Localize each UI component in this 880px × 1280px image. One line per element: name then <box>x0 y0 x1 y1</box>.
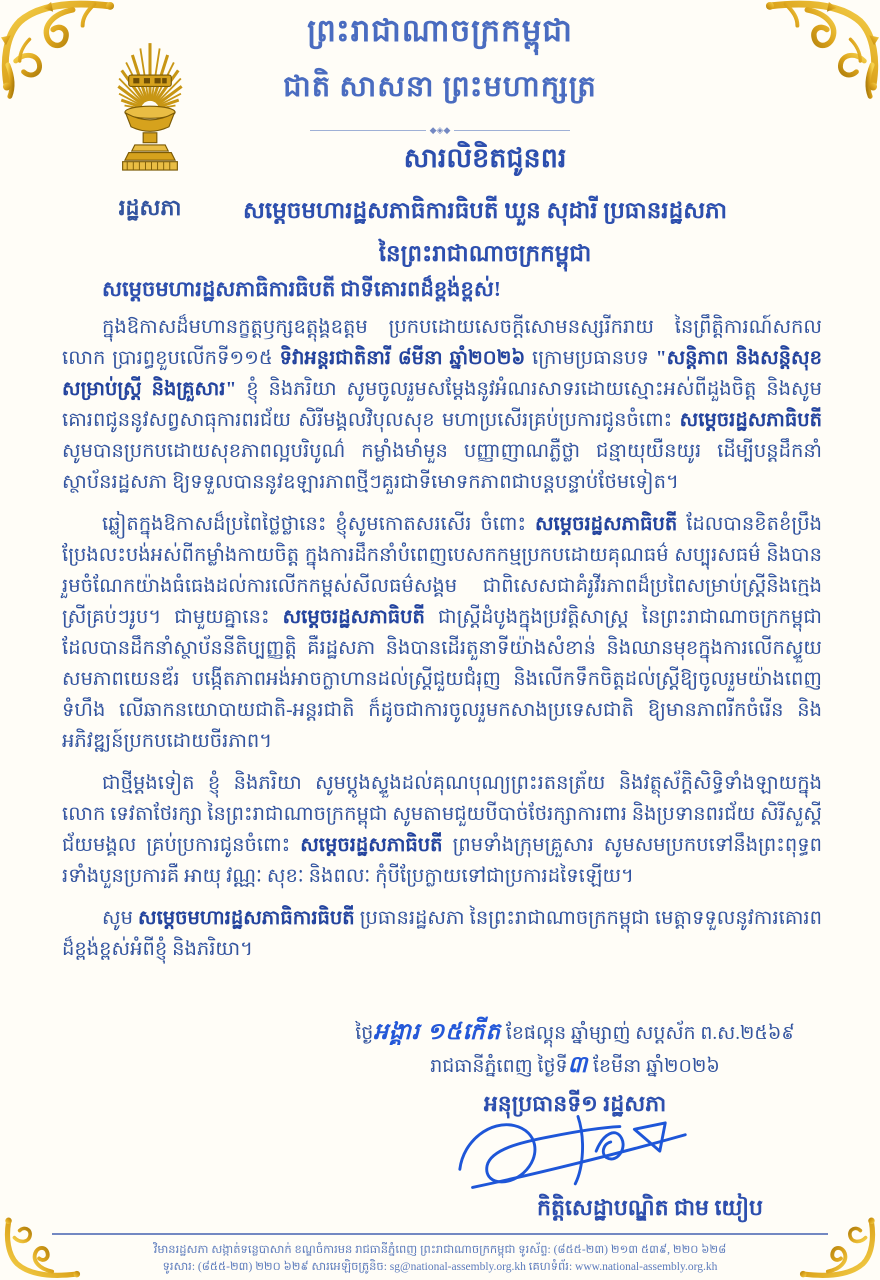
lunar-date-rest: ខែផល្គុន ឆ្នាំម្សាញ់ សប្តស័ក ព.ស.២៥៦៩ <box>501 1023 795 1044</box>
signature-icon <box>428 1102 728 1202</box>
salutation: សម្ដេចមហារដ្ឋសភាធិការធិបតី ជាទីគោរពដ៏ខ្ព… <box>62 274 822 305</box>
paragraph: សូម សម្ដេចមហារដ្ឋសភាធិការធិបតី ប្រធានរដ្… <box>62 903 822 965</box>
date-prefix: ថ្ងៃ <box>355 1023 373 1044</box>
footer-contact: វិមានរដ្ឋសភា សង្កាត់ទន្លេបាសាក់ ខណ្ឌចំកា… <box>52 1233 828 1276</box>
letter-page: ព្រះរាជាណាចក្រកម្ពុជា ជាតិ សាសនា ព្រះមហា… <box>0 0 880 1280</box>
diamond-ornament-icon: ◆◈◆ <box>430 125 451 136</box>
email-link[interactable]: sg@national-assembly.org.kh <box>390 1261 526 1273</box>
gregorian-date-rest: ខែមីនា ឆ្នាំ២០២៦ <box>588 1056 720 1077</box>
paragraph: ជាថ្មីម្តងទៀត ខ្ញុំ និងភរិយា សូមប្ដូងស្ទ… <box>62 768 822 892</box>
letter-title: សារលិខិតជូនពរ <box>150 142 820 181</box>
gold-corner-ornament-top-right <box>762 0 880 118</box>
city-date-prefix: រាជធានីភ្នំពេញ ថ្ងៃទី <box>430 1056 567 1077</box>
paragraph: ក្នុងឱកាសដ៏មហានក្ខត្តឫក្សឧត្តុង្គឧត្តម ប… <box>62 312 822 498</box>
letter-body: សម្ដេចមហារដ្ឋសភាធិការធិបតី ជាទីគោរពដ៏ខ្ព… <box>62 274 822 976</box>
signer-name: កិត្តិសេដ្ឋាបណ្ឌិត ជាម យៀប <box>470 1194 830 1226</box>
website-link[interactable]: www.national-assembly.org.kh <box>575 1261 717 1273</box>
handwritten-day-number: ៣ <box>568 1052 589 1077</box>
addressee-title: សម្ដេចមហារដ្ឋសភាធិការធិបតី ឃួន សុដារី ប្… <box>150 197 820 230</box>
body-paragraphs: ក្នុងឱកាសដ៏មហានក្ខត្តឫក្សឧត្តុង្គឧត្តម ប… <box>62 312 822 965</box>
signature-ink <box>428 1102 728 1202</box>
header-divider: ◆◈◆ <box>310 125 570 135</box>
footer-contact-line: ទូរសារ: (៨៥៥-២៣) ២២០ ៦២៩ សារអេឡិចត្រូនិច… <box>52 1259 828 1276</box>
lunar-date-line: ថ្ងៃអង្គារ ១៥កើត ខែផល្គុន ឆ្នាំម្សាញ់ សប… <box>300 1016 850 1049</box>
gregorian-date-line: រាជធានីភ្នំពេញ ថ្ងៃទី៣ ខែមីនា ឆ្នាំ២០២៦ <box>300 1049 850 1082</box>
letter-title-block: សារលិខិតជូនពរ សម្ដេចមហារដ្ឋសភាធិការធិបតី… <box>150 142 820 273</box>
fax-email-label: ទូរសារ: (៨៥៥-២៣) ២២០ ៦២៩ សារអេឡិចត្រូនិច… <box>163 1261 390 1273</box>
paragraph: ឆ្លៀតក្នុងឱកាសដ៏ប្រពៃថ្លៃថ្លានេះ ខ្ញុំសូ… <box>62 509 822 757</box>
footer-address-line: វិមានរដ្ឋសភា សង្កាត់ទន្លេបាសាក់ ខណ្ឌចំកា… <box>52 1242 828 1259</box>
addressee-country: នៃព្រះរាជាណាចក្រកម្ពុជា <box>150 240 820 273</box>
handwritten-lunar-day: អង្គារ ១៥កើត <box>373 1019 501 1044</box>
website-label: គេហទំព័រ: <box>526 1261 575 1273</box>
